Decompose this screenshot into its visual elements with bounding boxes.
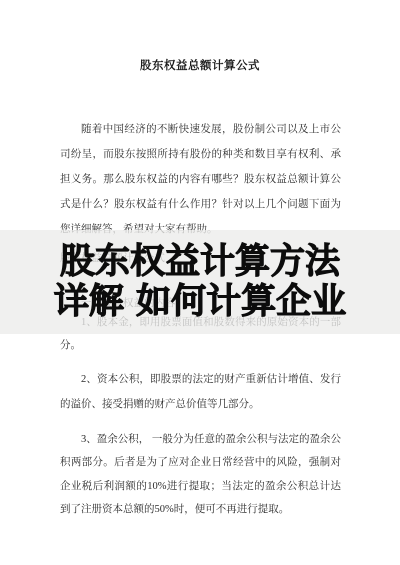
- headline-line-2: 详解 如何计算企业: [0, 282, 400, 322]
- document-title: 股东权益总额计算公式: [0, 57, 400, 73]
- intro-paragraph: 随着中国经济的不断快速发展，股份制公司以及上市公司纷呈，而股东按照所持有股份的种…: [60, 117, 341, 242]
- document-page: 股东权益总额计算公式 随着中国经济的不断快速发展，股份制公司以及上市公司纷呈，而…: [0, 0, 400, 565]
- headline-line-1: 股东权益计算方法: [0, 242, 400, 282]
- list-item-2: 2、资本公积，即股票的法定的财产重新估计增值、发行的溢价、接受捐赠的财产总价值等…: [60, 367, 341, 417]
- list-item-3: 3、盈余公积， 一般分为任意的盈余公积与法定的盈余公积两部分。后者是为了应对企业…: [60, 428, 341, 522]
- headline-overlay: 股东权益计算方法 详解 如何计算企业: [0, 242, 400, 322]
